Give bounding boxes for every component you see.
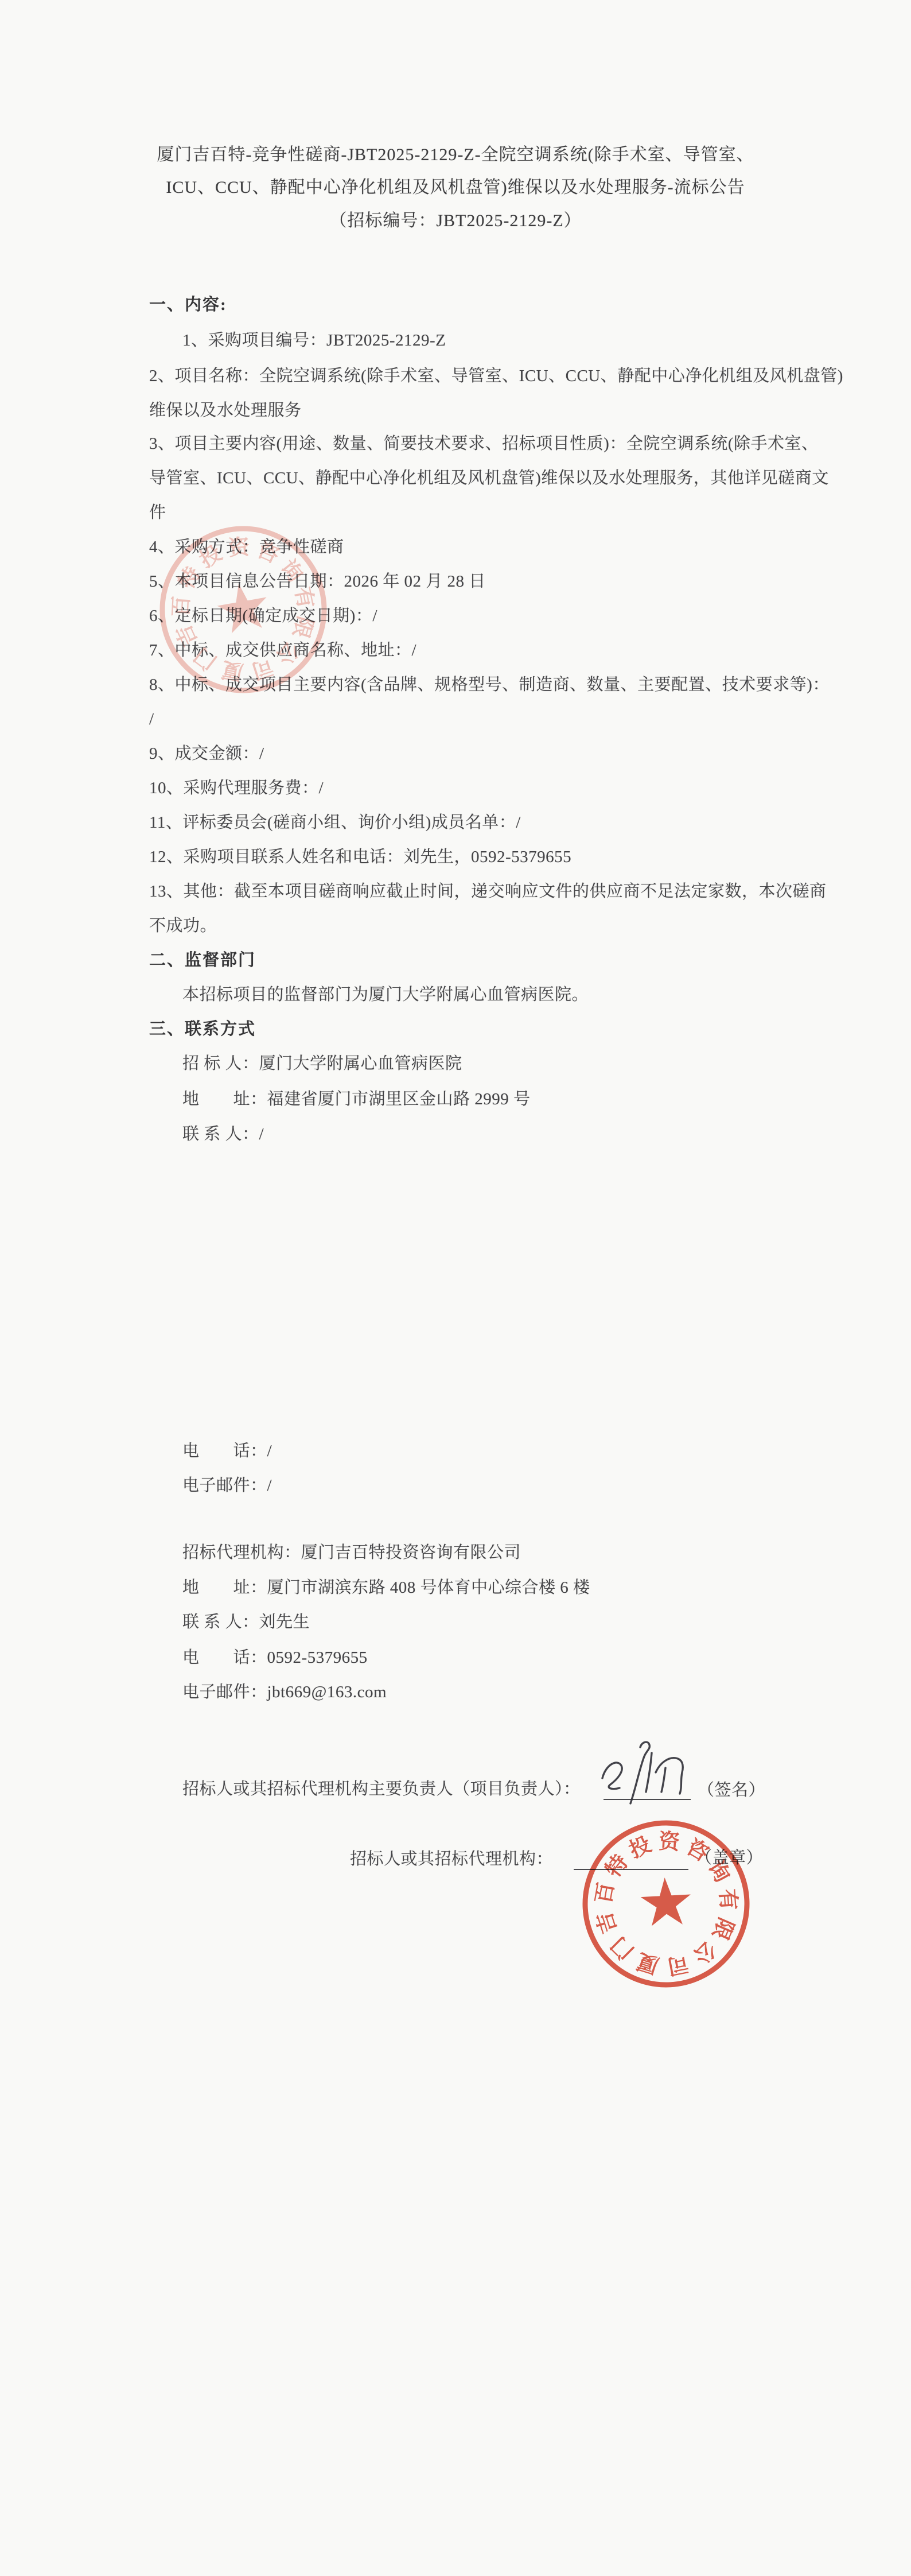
section-heading-supervisor: 二、监督部门 <box>149 950 256 972</box>
doc-line-agency-contact: 联 系 人：刘先生 <box>182 1612 310 1634</box>
doc-line-winner-content-wrap: / <box>149 709 154 731</box>
doc-line-main-content: 3、项目主要内容(用途、数量、简要技术要求、招标项目性质)：全院空调系统(除手术… <box>149 433 818 455</box>
svg-text:公: 公 <box>689 1936 721 1968</box>
doc-line-project-number: 1、采购项目编号：JBT2025-2129-Z <box>182 330 446 352</box>
section-heading-contact: 三、联系方式 <box>149 1019 256 1041</box>
section-heading-content: 一、内容: <box>149 294 227 316</box>
document-title-line-3: （招标编号：JBT2025-2129-Z） <box>0 211 911 231</box>
doc-line-project-name: 2、项目名称：全院空调系统(除手术室、导管室、ICU、CCU、静配中心净化机组及… <box>149 366 843 387</box>
doc-line-deal-amount: 9、成交金额：/ <box>149 743 264 765</box>
doc-line-supervisor: 本招标项目的监督部门为厦门大学附属心血管病医院。 <box>182 984 589 1006</box>
doc-line-tenderer-phone: 电 话：/ <box>182 1441 272 1462</box>
doc-line-purchase-method: 4、采购方式：竞争性磋商 <box>149 537 344 558</box>
stamp-suffix-label: （盖章） <box>695 1847 763 1870</box>
doc-line-tenderer-email: 电子邮件：/ <box>182 1475 272 1497</box>
svg-text:百: 百 <box>591 1880 619 1906</box>
doc-line-tenderer: 招 标 人：厦门大学附属心血管病医院 <box>182 1053 462 1075</box>
svg-text:吉: 吉 <box>592 1909 621 1937</box>
document-title-line-1: 厦门吉百特-竞争性磋商-JBT2025-2129-Z-全院空调系统(除手术室、导… <box>0 145 911 165</box>
svg-text:有: 有 <box>715 1888 740 1911</box>
doc-line-other-wrap: 不成功。 <box>149 915 217 937</box>
doc-line-agency-fee: 10、采购代理服务费：/ <box>149 778 324 800</box>
svg-text:司: 司 <box>665 1951 690 1978</box>
doc-line-award-date: 6、定标日期(确定成交日期)：/ <box>149 606 377 627</box>
doc-line-tenderer-address: 地 址：福建省厦门市湖里区金山路 2999 号 <box>182 1089 531 1111</box>
agency-stamp-label: 招标人或其招标代理机构： <box>350 1848 553 1871</box>
doc-line-main-content-wrap2: 件 <box>149 502 166 524</box>
doc-line-contact-phone: 12、采购项目联系人姓名和电话：刘先生，0592-5379655 <box>149 847 571 868</box>
seal-ring <box>581 1819 751 1989</box>
company-seal: 厦门吉百特投资咨询有限公司 <box>571 1809 761 1999</box>
svg-text:厦: 厦 <box>634 1949 662 1978</box>
svg-text:门: 门 <box>606 1932 639 1964</box>
doc-line-tenderer-contact: 联 系 人：/ <box>182 1124 264 1146</box>
document-title-line-2: ICU、CCU、静配中心净化机组及风机盘管)维保以及水处理服务-流标公告 <box>0 177 911 198</box>
doc-line-other: 13、其他：截至本项目磋商响应截止时间，递交响应文件的供应商不足法定家数，本次磋… <box>149 881 827 903</box>
scanned-document-page: 厦门吉百特-竞争性磋商-JBT2025-2129-Z-全院空调系统(除手术室、导… <box>0 0 911 2576</box>
doc-line-winner-name: 7、中标、成交供应商名称、地址：/ <box>149 640 416 662</box>
svg-text:限: 限 <box>707 1914 738 1943</box>
doc-line-winner-content: 8、中标、成交项目主要内容(含品牌、规格型号、制造商、数量、主要配置、技术要求等… <box>149 674 830 696</box>
doc-line-agency-phone: 电 话：0592-5379655 <box>182 1647 368 1669</box>
handwritten-signature <box>597 1739 706 1808</box>
doc-line-announce-date: 5、本项目信息公告日期：2026 年 02 月 28 日 <box>149 571 486 593</box>
signature-suffix-label: （签名） <box>698 1779 765 1802</box>
seal-star-icon <box>640 1876 692 1927</box>
doc-line-agency-email: 电子邮件：jbt669@163.com <box>182 1682 387 1704</box>
doc-line-agency-address: 地 址：厦门市湖滨东路 408 号体育中心综合楼 6 楼 <box>182 1577 590 1599</box>
doc-line-agency-name: 招标代理机构：厦门吉百特投资咨询有限公司 <box>182 1542 521 1564</box>
doc-line-project-name-wrap: 维保以及水处理服务 <box>149 400 302 422</box>
responsible-person-label: 招标人或其招标代理机构主要负责人（项目负责人）： <box>182 1778 581 1801</box>
doc-line-main-content-wrap1: 导管室、ICU、CCU、静配中心净化机组及风机盘管)维保以及水处理服务，其他详见… <box>149 468 829 490</box>
doc-line-committee: 11、评标委员会(磋商小组、询价小组)成员名单：/ <box>149 812 521 834</box>
stamp-underline <box>574 1849 688 1870</box>
